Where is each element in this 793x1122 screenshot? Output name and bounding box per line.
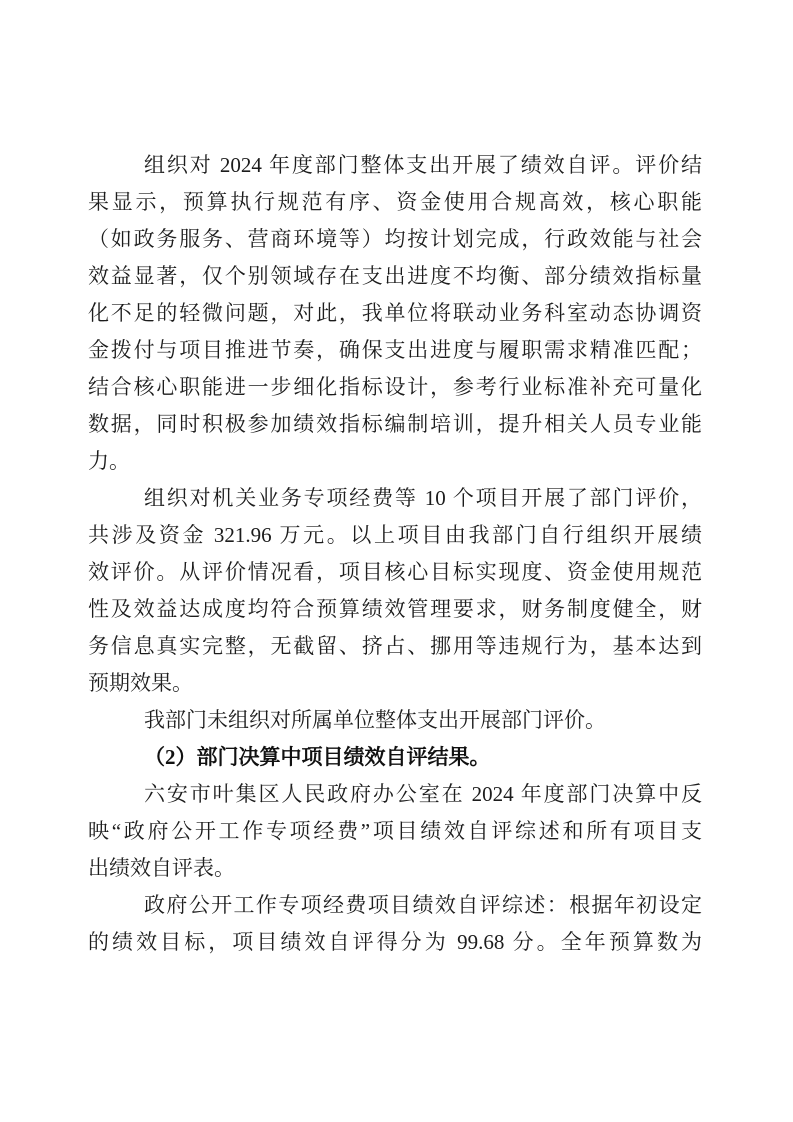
text-line: 的绩效目标，项目绩效自评得分为 99.68 分。全年预算数为	[88, 924, 702, 961]
text-line: 映“政府公开工作专项经费”项目绩效自评综述和所有项目支	[88, 813, 702, 850]
text-line: 效益显著，仅个别领域存在支出进度不均衡、部分绩效指标量	[88, 258, 702, 295]
document-page: 组织对 2024 年度部门整体支出开展了绩效自评。评价结 果显示，预算执行规范有…	[0, 0, 793, 1122]
section-heading: （2）部门决算中项目绩效自评结果。	[88, 739, 702, 776]
text-line: 数据，同时积极参加绩效指标编制培训，提升相关人员专业能	[88, 406, 702, 443]
text-line: 共涉及资金 321.96 万元。以上项目由我部门自行组织开展绩	[88, 517, 702, 554]
text-line: 组织对机关业务专项经费等 10 个项目开展了部门评价，	[88, 480, 702, 517]
text-line: 金拨付与项目推进节奏，确保支出进度与履职需求精准匹配；	[88, 332, 702, 369]
text-line: 效评价。从评价情况看，项目核心目标实现度、资金使用规范	[88, 554, 702, 591]
text-line: 政府公开工作专项经费项目绩效自评综述：根据年初设定	[88, 887, 702, 924]
text-line: 性及效益达成度均符合预算绩效管理要求，财务制度健全，财	[88, 591, 702, 628]
text-line: 出绩效自评表。	[88, 850, 702, 887]
text-line: 果显示，预算执行规范有序、资金使用合规高效，核心职能	[88, 184, 702, 221]
text-line: 务信息真实完整，无截留、挤占、挪用等违规行为，基本达到	[88, 628, 702, 665]
text-line: 力。	[88, 443, 702, 480]
text-line: 六安市叶集区人民政府办公室在 2024 年度部门决算中反	[88, 776, 702, 813]
text-line: 组织对 2024 年度部门整体支出开展了绩效自评。评价结	[88, 147, 702, 184]
text-line: 我部门未组织对所属单位整体支出开展部门评价。	[88, 702, 702, 739]
text-block: 组织对 2024 年度部门整体支出开展了绩效自评。评价结 果显示，预算执行规范有…	[88, 147, 702, 961]
text-line: 预期效果。	[88, 665, 702, 702]
text-line: 结合核心职能进一步细化指标设计，参考行业标准补充可量化	[88, 369, 702, 406]
text-line: 化不足的轻微问题，对此，我单位将联动业务科室动态协调资	[88, 295, 702, 332]
text-line: （如政务服务、营商环境等）均按计划完成，行政效能与社会	[88, 221, 702, 258]
